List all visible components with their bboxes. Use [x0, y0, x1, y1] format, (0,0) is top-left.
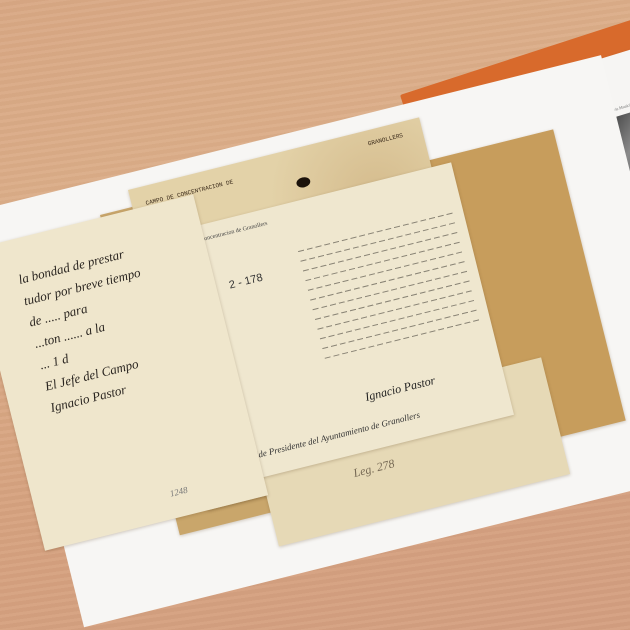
handwritten-text — [296, 204, 482, 368]
note-reference: 1248 — [169, 485, 189, 499]
document-place: GRANOLLERS — [367, 132, 404, 148]
signature: Ignacio Pastor — [364, 373, 437, 405]
note-text: la bondad de prestar tudor por breve tie… — [16, 240, 169, 418]
reference-number: Leg. 278 — [352, 456, 396, 481]
letter-number: 2 - 178 — [228, 272, 264, 292]
ink-blot — [295, 176, 311, 189]
